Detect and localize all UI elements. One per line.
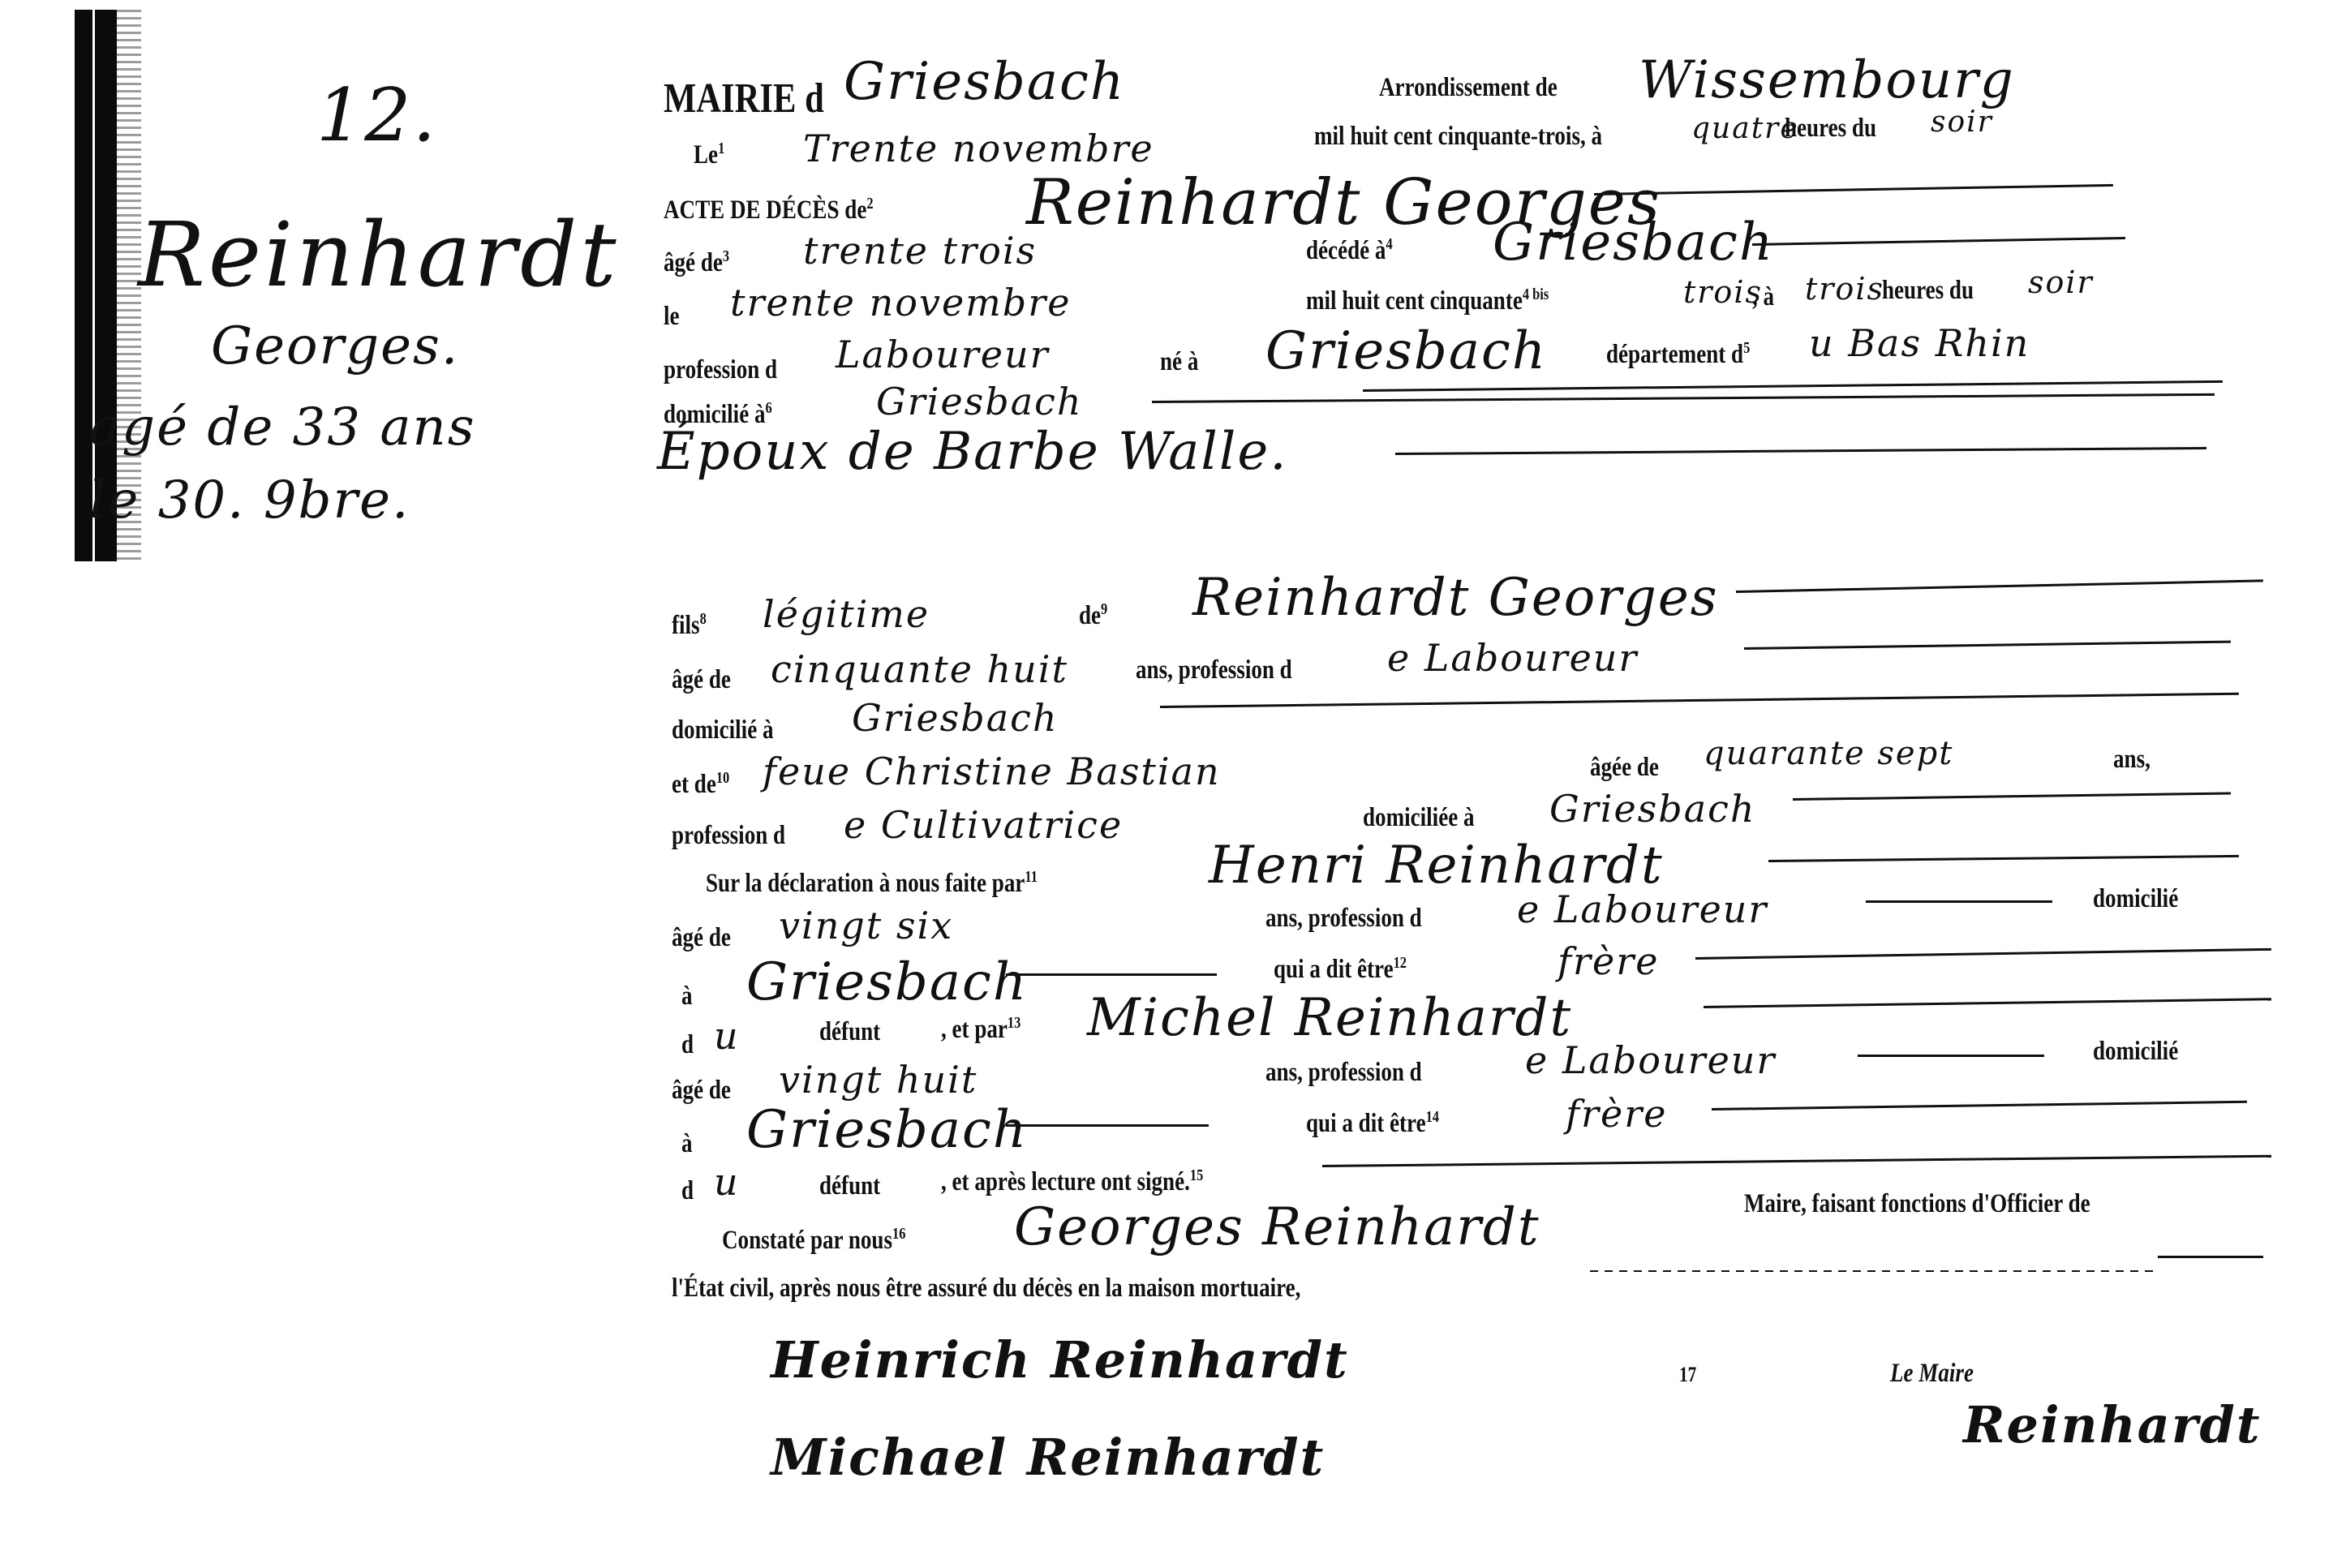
fill-line	[1752, 237, 2125, 246]
fill-line	[1695, 948, 2271, 960]
father-prof-label: ans, profession d	[1136, 655, 1292, 685]
fill-line	[1704, 998, 2271, 1008]
hour-value: quatre	[1691, 112, 1799, 145]
departement-value: u Bas Rhin	[1809, 321, 2030, 365]
fils-label: fils8	[672, 610, 707, 641]
de-label: de9	[1079, 600, 1107, 631]
margin-act-number: 12.	[316, 73, 437, 158]
departement-label: département d5	[1606, 339, 1750, 370]
period-value: soir	[1931, 105, 1993, 139]
w2-dom-label: domicilié	[2093, 1037, 2178, 1067]
le2-label: le	[664, 302, 680, 332]
hour2-value: trois	[1805, 271, 1884, 307]
mother-name: feue Christine Bastian	[763, 750, 1221, 793]
w2-prof-label: ans, profession d	[1265, 1058, 1422, 1088]
mother-prof-value: e Cultivatrice	[844, 803, 1123, 847]
period2-value: soir	[2028, 264, 2094, 300]
father-name: Reinhardt Georges	[1192, 568, 1719, 628]
et-par-label: , et par13	[941, 1014, 1020, 1045]
fill-line	[1866, 900, 2052, 903]
fill-line	[1006, 1124, 1209, 1127]
w2-age-value: vingt huit	[779, 1058, 977, 1102]
le-label: Le1	[694, 140, 724, 170]
d-value: u	[714, 1014, 740, 1058]
w2-dom-value: Griesbach	[746, 1100, 1028, 1160]
w1-rel-label: qui a dit être12	[1274, 954, 1407, 985]
w1-dom-label: domicilié	[2093, 884, 2178, 914]
date-value: Trente novembre	[803, 127, 1154, 170]
declaration-intro: Sur la déclaration à nous faite par11	[706, 868, 1038, 899]
margin-surname: Reinhardt	[138, 203, 620, 307]
age-value: trente trois	[803, 229, 1037, 273]
fill-line	[1712, 1101, 2247, 1110]
mother-age-label: âgée de	[1590, 753, 1659, 783]
decede-label: décédé à4	[1306, 235, 1393, 266]
witness2-signature: Michael Reinhardt	[771, 1428, 1325, 1487]
maire-text: Maire, faisant fonctions d'Officier de	[1744, 1189, 2090, 1219]
ne-label: né à	[1160, 347, 1198, 377]
fill-line	[1160, 693, 2239, 708]
year2-text: mil huit cent cinquante4 bis	[1306, 286, 1549, 316]
w2-rel-label: qui a dit être14	[1306, 1108, 1439, 1139]
fils-value: légitime	[763, 592, 930, 636]
w1-prof-value: e Laboureur	[1517, 887, 1768, 931]
fill-line	[1322, 1155, 2271, 1167]
margin-age-note: agé de 33 ans	[89, 397, 476, 458]
mother-ans-label: ans,	[2113, 745, 2150, 775]
fill-line	[1736, 579, 2263, 593]
w1-a-label: à	[681, 982, 693, 1012]
w2-rel-value: frère	[1566, 1092, 1667, 1136]
decede-value: Griesbach	[1493, 213, 1774, 273]
w2-age-label: âgé de	[672, 1076, 731, 1106]
fill-line	[1858, 1055, 2044, 1057]
etat-civil-text: l'État civil, après nous être assuré du …	[672, 1274, 1300, 1304]
fill-line	[1152, 393, 2215, 403]
maire-signature: Reinhardt	[1963, 1395, 2262, 1454]
defunt2-label: défunt	[819, 1171, 880, 1201]
d-label: d	[681, 1030, 694, 1060]
signature-note-number: 17	[1679, 1363, 1696, 1387]
year2-value: trois	[1683, 274, 1763, 310]
w2-prof-value: e Laboureur	[1525, 1038, 1776, 1082]
w1-prof-label: ans, profession d	[1265, 904, 1422, 934]
mother-prof-label: profession d	[672, 821, 785, 851]
d2-value: u	[714, 1160, 740, 1204]
mairie-value: Griesbach	[844, 52, 1125, 112]
profession-value: Laboureur	[836, 333, 1050, 376]
heures-du2-label: heures du	[1882, 276, 1974, 306]
w1-age-value: vingt six	[779, 904, 953, 947]
arrondissement-value: Wissembourg	[1639, 50, 2015, 110]
mother-label: et de10	[672, 769, 729, 800]
heures-du-label: heures du	[1785, 114, 1876, 144]
civil-record-page: 12. Reinhardt Georges. agé de 33 ans le …	[0, 0, 2346, 1568]
father-dom-value: Griesbach	[852, 696, 1059, 740]
mairie-label: MAIRIE d	[664, 75, 824, 122]
w2-a-label: à	[681, 1129, 693, 1159]
father-age-value: cinquante huit	[771, 647, 1068, 691]
w1-age-label: âgé de	[672, 923, 731, 953]
death-date-value: trente novembre	[730, 281, 1071, 324]
d2-label: d	[681, 1176, 694, 1206]
witness1-signature: Heinrich Reinhardt	[771, 1330, 1349, 1390]
spouse-value: Époux de Barbe Walle.	[657, 422, 1288, 482]
acte-label: ACTE DE DÉCÈS de2	[664, 195, 874, 226]
margin-date-note: le 30. 9bre.	[89, 470, 410, 531]
lecture-label: , et après lecture ont signé.15	[941, 1166, 1203, 1197]
profession-label: profession d	[664, 355, 777, 385]
w1-dom-value: Griesbach	[746, 952, 1028, 1012]
year-text: mil huit cent cinquante-trois, à	[1314, 122, 1602, 152]
defunt-label: défunt	[819, 1017, 880, 1047]
father-prof-value: e Laboureur	[1387, 636, 1638, 680]
father-age-label: âgé de	[672, 665, 731, 695]
fill-line	[1744, 641, 2231, 650]
fill-line	[1363, 380, 2223, 392]
dashed-fill-line	[1590, 1270, 2158, 1272]
domicilie-value: Griesbach	[876, 380, 1083, 423]
father-dom-label: domicilié à	[672, 715, 774, 745]
mother-age-value: quarante sept	[1704, 735, 1953, 772]
fill-line	[1793, 792, 2231, 801]
officer-name: Georges Reinhardt	[1014, 1197, 1540, 1257]
a-label: , à	[1752, 282, 1774, 312]
fill-line	[1395, 447, 2206, 455]
margin-given-name: Georges.	[211, 316, 459, 376]
ne-value: Griesbach	[1265, 321, 1547, 381]
age-label: âgé de3	[664, 247, 729, 278]
mother-dom-label: domiciliée à	[1363, 803, 1475, 833]
fill-line	[1594, 184, 2113, 195]
mother-dom-value: Griesbach	[1549, 787, 1756, 831]
fill-line	[1768, 855, 2239, 862]
witness2-name: Michel Reinhardt	[1087, 988, 1572, 1048]
constate-label: Constaté par nous16	[722, 1225, 905, 1256]
fill-line	[1006, 973, 1217, 976]
witness1-name: Henri Reinhardt	[1209, 836, 1664, 896]
fill-line	[2158, 1256, 2263, 1258]
arrondissement-label: Arrondissement de	[1379, 73, 1558, 103]
w1-rel-value: frère	[1558, 939, 1659, 983]
le-maire-label: Le Maire	[1890, 1359, 1974, 1389]
